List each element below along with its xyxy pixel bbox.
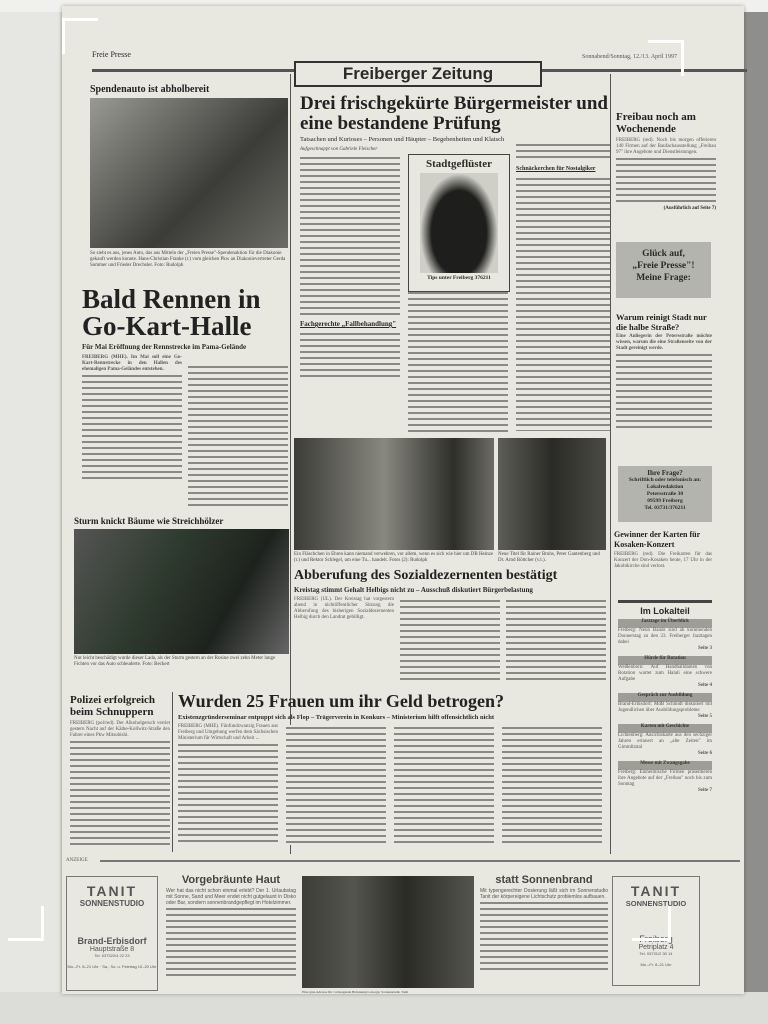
item-text: Lichtenberg: Ansichtskarte aus den sechz… <box>618 733 712 751</box>
lead: FREIBERG (MHE). Im Mai soll eine Go-Kart… <box>82 355 182 373</box>
ad-logo-right: TANIT SONNENSTUDIO Freiberg Petriplatz 4… <box>612 876 700 986</box>
tanit-logo: TANIT <box>613 883 699 899</box>
title: Ihre Frage? <box>618 470 712 477</box>
item-page: Seite 7 <box>618 788 712 794</box>
line: 09599 Freiberg <box>618 498 712 505</box>
crop-marker-tl-h <box>62 18 98 21</box>
crop-marker-br-h <box>632 938 670 941</box>
tel: Tel. 03731/2 30 14 <box>613 951 699 956</box>
hours: Mo.–Fr. 8–21 Uhr · Sa., So. u. Feiertag … <box>67 964 157 969</box>
line1: Glück auf, <box>616 248 711 260</box>
text-column-1 <box>82 373 182 483</box>
line: Tel. 03731/376211 <box>618 505 712 512</box>
photo-new-titles <box>498 438 606 550</box>
lead: FREIBERG (red). Noch bis morgen offerier… <box>616 138 716 156</box>
logo-sub: SONNENSTUDIO <box>67 899 157 908</box>
ihre-frage-box: Ihre Frage? Schriftlich oder telefonisch… <box>618 466 712 522</box>
text-column-1 <box>300 155 400 317</box>
text-column-4 <box>502 725 602 845</box>
hours: Mo.–Fr. 8–21 Uhr <box>613 962 699 967</box>
ad-text-lines <box>166 906 296 976</box>
column-rule-right <box>610 74 611 854</box>
ad-headline: Vorgebräunte Haut <box>166 874 296 886</box>
text-column-2 <box>400 598 500 683</box>
box-title: Stadtgeflüster <box>409 158 509 170</box>
column-rule <box>172 692 173 852</box>
text-column-2 <box>188 364 288 509</box>
headline: Bald Rennen in Go-Kart-Halle <box>82 286 287 340</box>
line: Schriftlich oder telefonisch an: <box>618 477 712 484</box>
logo-sub: SONNENSTUDIO <box>613 899 699 908</box>
crop-marker-bl-v <box>41 906 44 941</box>
city: Brand-Erbisdorf <box>67 936 157 946</box>
line3: Meine Frage: <box>616 272 711 284</box>
crop-marker-br-v <box>668 906 671 942</box>
item-page: Seite 5 <box>618 714 712 720</box>
ad-text-lines <box>480 900 608 970</box>
page-ref: (Ausführlich auf Seite 7) <box>616 206 716 211</box>
line: Lokalredaktion <box>618 484 712 491</box>
statue-silhouette <box>420 173 498 273</box>
caption: Nur leicht beschädigt wurde dieser Lada,… <box>74 656 289 668</box>
headline: Abberufung des Sozialdezernenten bestäti… <box>294 568 606 584</box>
issue-date: Sonnabend/Sonntag, 12./13. April 1997 <box>582 54 677 60</box>
masthead: Freiberger Zeitung <box>294 61 542 87</box>
lead: FREIBERG (MHE). Fünfundzwanzig Frauen au… <box>178 724 278 742</box>
caption-new-titles: Neue Titel für Rainer Bruhs, Peter Gante… <box>498 552 606 564</box>
item-page: Seite 6 <box>618 751 712 757</box>
item-tag: Karten mit Geschichte <box>618 724 712 733</box>
text-column-3 <box>394 725 494 845</box>
subhead: Für Mai Eröffnung der Rennstrecke im Pam… <box>82 343 287 351</box>
text-column <box>616 352 712 432</box>
article-spendenauto: Spendenauto ist abholbereit So sieht es … <box>90 84 288 269</box>
ad-photo-caption: Eine gute Adresse für vorbeugende Bräunu… <box>302 989 474 995</box>
crop-marker-bl-h <box>8 938 44 941</box>
lokalteil-item: Karten mit Geschichte Lichtenberg: Ansic… <box>618 724 712 757</box>
headline: Spendenauto ist abholbereit <box>90 84 288 95</box>
item-tag: Hürde für Rotation <box>618 656 712 665</box>
crop-marker-tr-h <box>648 40 684 43</box>
article-gokart: Bald Rennen in Go-Kart-Halle Für Mai Erö… <box>82 286 287 483</box>
ad-label: ANZEIGE <box>66 858 88 863</box>
lead: FREIBERG (red). Die Freikarten für das K… <box>614 552 712 570</box>
section-label: Freie Presse <box>92 50 131 59</box>
text-column <box>70 739 170 849</box>
item-tag: Jazztage im Überblick <box>618 619 712 628</box>
text-column <box>616 156 716 206</box>
item-page: Seite 4 <box>618 683 712 689</box>
article-kosaken: Gewinner der Karten für Kosaken-Konzert … <box>614 530 712 570</box>
article-strasse: Warum reinigt Stadt nur die halbe Straße… <box>616 312 712 432</box>
headline: Warum reinigt Stadt nur die halbe Straße… <box>616 312 712 332</box>
crop-marker-tl-v <box>62 18 65 54</box>
headline: Freibau noch am Wochenende <box>616 111 716 135</box>
im-lokalteil: Im Lokalteil Jazztage im Überblick Freib… <box>618 600 712 794</box>
text-column-1b <box>300 331 400 381</box>
item-text: Freiberg: Neun Bands sind ab kommenden D… <box>618 628 712 646</box>
ad-photo <box>302 876 474 988</box>
rule <box>618 600 712 603</box>
text-column-3b <box>516 176 611 431</box>
item-text: Weißenborn: Auf Handballdamen von Rotati… <box>618 665 712 683</box>
lokalteil-item: Hürde für Rotation Weißenborn: Auf Handb… <box>618 656 712 689</box>
photo-toast <box>294 438 494 550</box>
subhead: Existenzgründerseminar entpuppt sich als… <box>178 714 608 721</box>
lead: FREIBERG (UL). Der Kreistag hat vorgeste… <box>294 597 394 621</box>
tip-line: Tips unter Freiberg 376211 <box>409 275 509 281</box>
headline: Drei frischgekürte Bürgermeister und ein… <box>300 94 610 134</box>
item-text: Brand-Erbisdorf: MdB Schmidt diskutiert … <box>618 702 712 714</box>
article-polizei: Polizei erfolgreich beim Schnuppern FREI… <box>70 694 170 849</box>
stadtgefluester-box: Stadtgeflüster Tips unter Freiberg 37621… <box>408 154 510 292</box>
headline: Gewinner der Karten für Kosaken-Konzert <box>614 530 712 550</box>
photo-storm <box>74 529 289 654</box>
headline: Polizei erfolgreich beim Schnuppern <box>70 694 170 718</box>
article-freibau: Freibau noch am Wochenende FREIBERG (red… <box>616 111 716 211</box>
lokalteil-item: Jazztage im Überblick Freiberg: Neun Ban… <box>618 619 712 652</box>
tel: Tel. 037322/4 22 23 <box>67 953 157 958</box>
caption-toast: Ein Fläschchen in Ehren kann niemand ver… <box>294 552 494 564</box>
ad-headline: statt Sonnenbrand <box>480 874 608 886</box>
lead: FREIBERG (pol/red). Der Alkoholgeruch ve… <box>70 721 170 739</box>
ad-text: Mit typengerechter Dosierung läßt sich i… <box>480 888 608 900</box>
line2: „Freie Presse"! <box>616 260 711 272</box>
lokalteil-item: Messe mit Zwangsgabe Freiberg: Einheimis… <box>618 761 712 794</box>
tanit-logo: TANIT <box>67 883 157 899</box>
caption: So sieht es aus, jenes Auto, das aus Mit… <box>90 251 288 269</box>
ad-logo-left: TANIT SONNENSTUDIO Brand-Erbisdorf Haupt… <box>66 876 158 991</box>
text-column-3 <box>506 598 606 683</box>
section-title: Im Lokalteil <box>618 606 712 616</box>
article-sturm: Sturm knickt Bäume wie Streichhölzer Nur… <box>74 516 289 668</box>
article-sozialdezernent: Abberufung des Sozialdezernenten bestäti… <box>294 568 606 621</box>
item-page: Seite 3 <box>618 646 712 652</box>
subsection-nostalgiker: Schnäckerchen für Nostalgiker <box>516 166 595 172</box>
photo-car <box>90 98 288 248</box>
street: Petriplatz 4 <box>613 944 699 951</box>
subhead: Kreistag stimmt Gehalt Helbigs nicht zu … <box>294 586 606 594</box>
ad-text-left: Vorgebräunte Haut Wer hat das nicht scho… <box>166 874 296 976</box>
line: Petersstraße 30 <box>618 491 712 498</box>
street: Hauptstraße 8 <box>67 946 157 953</box>
headline: Wurden 25 Frauen um ihr Geld betrogen? <box>178 691 608 712</box>
ad-text: Wer hat das nicht schon einmal erlebt? D… <box>166 888 296 906</box>
ad-text-right: statt Sonnenbrand Mit typengerechter Dos… <box>480 874 608 970</box>
ad-rule <box>100 860 740 862</box>
text-column-2 <box>286 725 386 845</box>
item-text: Freiberg: Einheimische Firmen präsentier… <box>618 770 712 788</box>
text-column-1 <box>178 742 278 842</box>
background-left-page <box>0 0 60 1024</box>
background-bottom <box>0 992 768 1024</box>
glueck-auf-box: Glück auf, „Freie Presse"! Meine Frage: <box>616 242 711 298</box>
newspaper-page: Freie Presse Freiberger Zeitung Sonnaben… <box>62 6 744 994</box>
lokalteil-item: Gespräch zur Ausbildung Brand-Erbisdorf:… <box>618 693 712 720</box>
text-column-2 <box>408 284 508 434</box>
item-tag: Gespräch zur Ausbildung <box>618 693 712 702</box>
article-frauen: Wurden 25 Frauen um ihr Geld betrogen? E… <box>178 691 608 842</box>
headline: Sturm knickt Bäume wie Streichhölzer <box>74 516 289 526</box>
byline: Aufgeschnappt von Gabriele Fleischer <box>300 147 400 153</box>
text-column-3a <box>516 142 611 162</box>
crop-marker-tr-v <box>681 40 684 76</box>
lead: Eine Anliegerin der Petersstraße möchte … <box>616 334 712 352</box>
item-tag: Messe mit Zwangsgabe <box>618 761 712 770</box>
